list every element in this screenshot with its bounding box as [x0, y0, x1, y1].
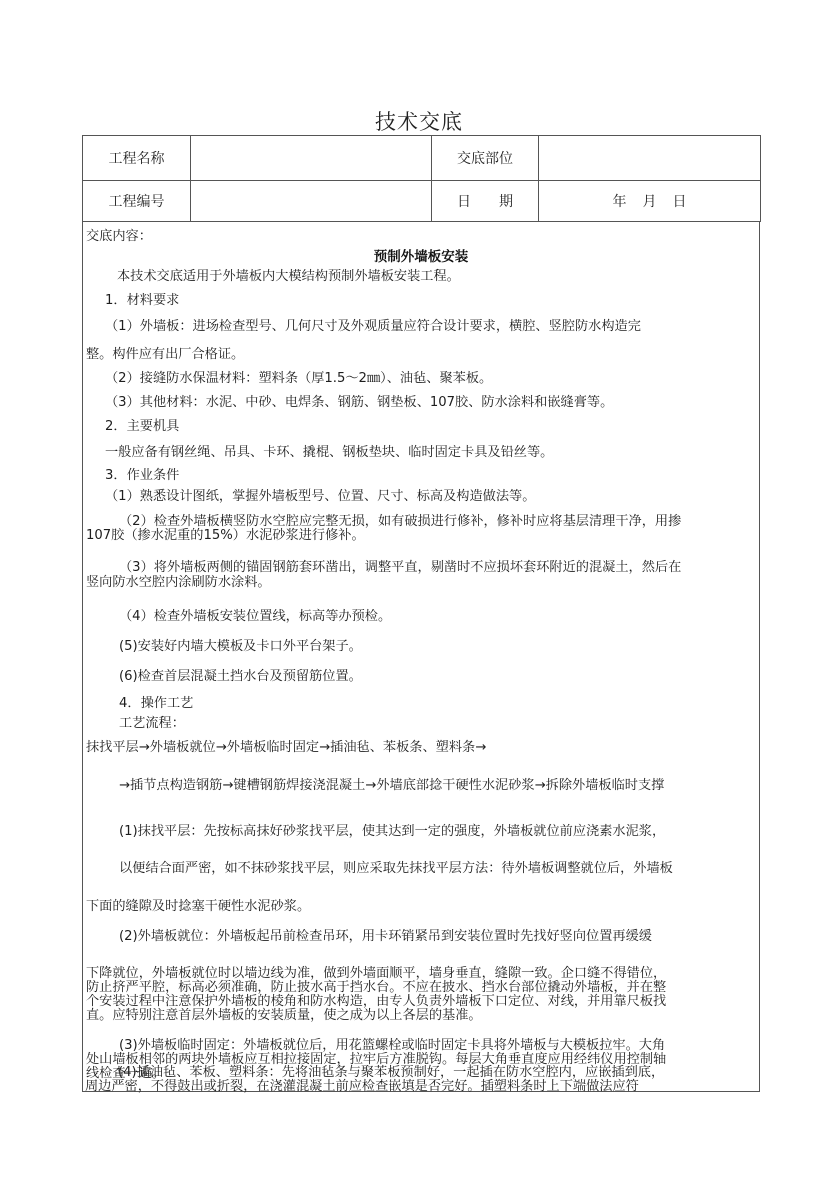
- project-no-label: 工程编号: [83, 181, 191, 222]
- project-no-field[interactable]: [191, 181, 432, 222]
- header-row-project-no: 工程编号 日期 年月日: [83, 181, 761, 222]
- s1-item-3: （3）其他材料：水泥、中砂、电焊条、钢筋、钢垫板、107胶、防水涂料和嵌缝膏等。: [105, 391, 613, 410]
- section-1-heading: 1．材料要求: [105, 289, 179, 308]
- s3-item-2-line-2: 107胶（掺水泥重的15%）水泥砂浆进行修补。: [86, 524, 365, 543]
- intro-text: 本技术交底适用于外墙板内大模结构预制外墙板安装工程。: [117, 265, 460, 284]
- s4-step-4-line-1: (4)插油毡、苯板、塑料条：先将油毡条与聚苯板预制好，一起插在防水空腔内，应嵌插…: [85, 1061, 759, 1075]
- s4-step-4: (4)插油毡、苯板、塑料条：先将油毡条与聚苯板预制好，一起插在防水空腔内，应嵌插…: [85, 1061, 759, 1089]
- date-label-part-2: 期: [499, 194, 513, 210]
- s4-flow-line-1: 抹找平层→外墙板就位→外墙板临时固定→插油毡、苯板条、塑料条→: [86, 736, 486, 755]
- s3-item-5: (5)安装好内墙大模板及卡口外平台架子。: [119, 635, 362, 654]
- date-field[interactable]: 年月日: [539, 181, 761, 222]
- s1-item-2: （2）接缝防水保温材料：塑料条（厚1.5～2㎜）、油毡、聚苯板。: [105, 367, 492, 386]
- s3-item-4: （4）检查外墙板安装位置线，标高等办预检。: [119, 605, 391, 624]
- date-label-part-1: 日: [457, 194, 471, 210]
- date-day: 日: [673, 191, 687, 211]
- s4-step-2-line-1: (2)外墙板就位：外墙板起吊前检查吊环，用卡环销紧吊到安装位置时先找好竖向位置再…: [119, 925, 652, 944]
- section-2-heading: 2．主要机具: [105, 415, 179, 434]
- s4-step-1-line-1: (1)抹找平层：先按标高抹好砂浆找平层，使其达到一定的强度，外墙板就位前应浇素水…: [119, 820, 665, 839]
- section-4-heading: 4．操作工艺: [119, 692, 193, 711]
- s3-item-3-line-2: 竖向防水空腔内涂刷防水涂料。: [86, 571, 271, 590]
- section-3-heading: 3．作业条件: [105, 464, 179, 483]
- handover-part-field[interactable]: [539, 136, 761, 181]
- s4-step-1-line-3: 下面的缝隙及时捻塞干硬性水泥砂浆。: [86, 895, 310, 914]
- document-title: 技术交底: [0, 106, 838, 136]
- project-name-field[interactable]: [191, 136, 432, 181]
- s4-step-2-line-5: 直。应特别注意首层外墙板的安装质量，使之成为以上各层的基准。: [86, 1004, 482, 1023]
- s1-item-1-line-1: （1）外墙板：进场检查型号、几何尺寸及外观质量应符合设计要求，横腔、竖腔防水构造…: [105, 315, 641, 334]
- header-table: 工程名称 交底部位 工程编号 日期 年月日: [82, 135, 761, 222]
- s4-flow-label: 工艺流程：: [119, 712, 185, 731]
- handover-content-section: 交底内容： 预制外墙板安装 本技术交底适用于外墙板内大模结构预制外墙板安装工程。…: [82, 221, 760, 1092]
- s2-text: 一般应备有钢丝绳、吊具、卡环、撬棍、钢板垫块、临时固定卡具及铅丝等。: [105, 441, 553, 460]
- handover-part-label: 交底部位: [432, 136, 539, 181]
- header-row-project-name: 工程名称 交底部位: [83, 136, 761, 181]
- date-year: 年: [613, 191, 627, 211]
- project-name-label: 工程名称: [83, 136, 191, 181]
- s1-item-1-line-2: 整。构件应有出厂合格证。: [86, 343, 244, 362]
- s3-item-6: (6)检查首层混凝土挡水台及预留筋位置。: [119, 665, 362, 684]
- s4-flow-line-2: →插节点构造钢筋→键槽钢筋焊接浇混凝土→外墙底部捻干硬性水泥砂浆→拆除外墙板临时…: [119, 774, 664, 793]
- s3-item-1: （1）熟悉设计图纸，掌握外墙板型号、位置、尺寸、标高及构造做法等。: [105, 485, 535, 504]
- content-label: 交底内容：: [86, 225, 152, 244]
- section-title: 预制外墙板安装: [83, 245, 759, 265]
- date-month: 月: [643, 191, 657, 211]
- date-label: 日期: [432, 181, 539, 222]
- s4-step-1-line-2: 以便结合面严密，如不抹砂浆找平层，则应采取先抹找平层方法：待外墙板调整就位后，外…: [119, 857, 673, 876]
